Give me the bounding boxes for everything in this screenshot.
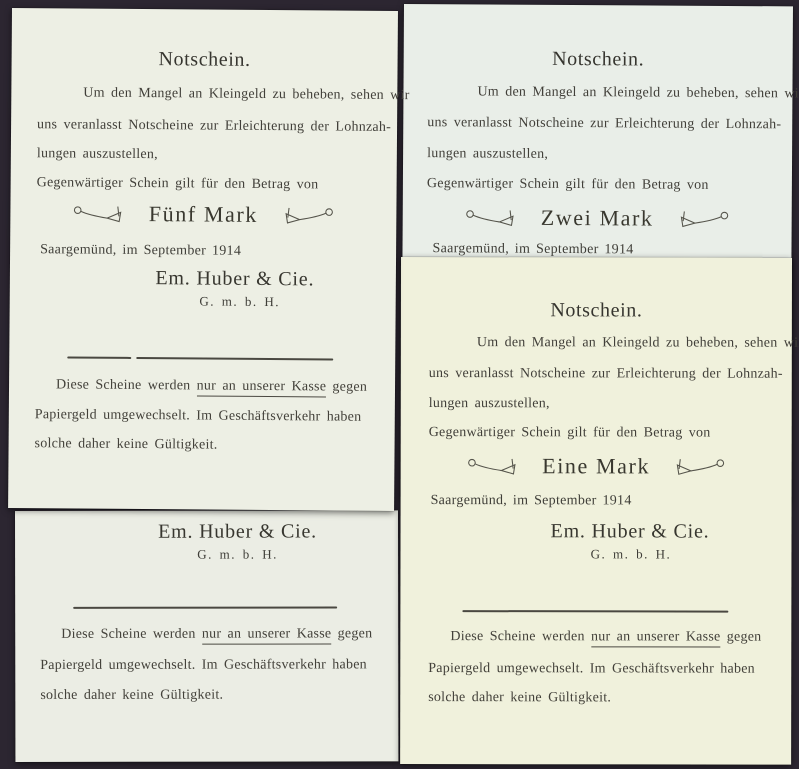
denomination: Eine Mark: [542, 453, 650, 479]
denomination-row: Eine Mark: [401, 453, 792, 480]
redemption-notice-line-1: Diese Scheine werden nur an unserer Kass…: [61, 626, 372, 643]
note-title: Notschein.: [401, 299, 792, 323]
denomination-row: Zwei Mark: [403, 204, 792, 232]
body-line-2: uns veranlasst Notscheine zur Erleichter…: [37, 117, 391, 136]
place-date: Saargemünd, im September 1914: [431, 493, 632, 509]
body-line-1: Um den Mangel an Kleingeld zu beheben, s…: [83, 86, 409, 105]
note-fuenf-mark: Notschein. Um den Mangel an Kleingeld zu…: [8, 8, 398, 511]
body-line-3: lungen auszustellen,: [427, 146, 548, 163]
body-line-4: Gegenwärtiger Schein gilt für den Betrag…: [427, 176, 709, 194]
body-line-2: uns veranlasst Notscheine zur Erleichter…: [427, 115, 781, 133]
flourish-left-icon: [465, 207, 521, 227]
denomination: Zwei Mark: [541, 205, 654, 232]
note-eine-mark: Notschein. Um den Mangel an Kleingeld zu…: [400, 257, 792, 765]
redemption-notice-line-3: solche daher keine Gültigkeit.: [40, 688, 223, 704]
redemption-notice-line-1: Diese Scheine werden nur an unserer Kass…: [56, 377, 367, 395]
note-title: Notschein.: [404, 47, 793, 72]
notice-suffix: gegen: [331, 626, 372, 641]
notice-suffix: gegen: [720, 630, 761, 645]
note-title: Notschein.: [12, 47, 398, 73]
redemption-notice-line-1: Diese Scheine werden nur an unserer Kass…: [450, 629, 761, 646]
company-name: Em. Huber & Cie.: [435, 520, 799, 544]
body-line-3: lungen auszustellen,: [37, 146, 158, 163]
redemption-notice-line-3: solche daher keine Gültigkeit.: [35, 436, 218, 453]
notgeld-photo: Notschein. Um den Mangel an Kleingeld zu…: [0, 0, 799, 769]
signature-line-long: [136, 357, 333, 361]
notice-prefix: Diese Scheine werden: [56, 377, 197, 393]
company-name: Em. Huber & Cie.: [42, 266, 428, 292]
flourish-right-icon: [674, 209, 730, 229]
notice-prefix: Diese Scheine werden: [61, 627, 202, 642]
company-name: Em. Huber & Cie.: [46, 520, 429, 544]
flourish-left-icon: [73, 203, 129, 223]
body-line-4: Gegenwärtiger Schein gilt für den Betrag…: [37, 175, 319, 193]
notice-underlined: nur an unserer Kasse: [202, 626, 332, 644]
body-line-1: Um den Mangel an Kleingeld zu beheben, s…: [477, 84, 799, 102]
flourish-left-icon: [466, 456, 522, 476]
signature-line-short: [67, 356, 131, 359]
company-legal-form: G. m. b. H.: [47, 292, 433, 311]
flourish-right-icon: [670, 456, 726, 476]
redemption-notice-line-2: Papiergeld umgewechselt. Im Geschäftsver…: [35, 407, 362, 426]
company-legal-form: G. m. b. H.: [46, 546, 429, 563]
redemption-notice-line-2: Papiergeld umgewechselt. Im Geschäftsver…: [40, 657, 367, 674]
place-date: Saargemünd, im September 1914: [40, 242, 241, 260]
company-legal-form: G. m. b. H.: [435, 546, 799, 563]
notice-underlined: nur an unserer Kasse: [197, 378, 327, 397]
flourish-right-icon: [278, 205, 334, 225]
signature-line: [73, 606, 337, 608]
notice-suffix: gegen: [326, 379, 367, 394]
notice-prefix: Diese Scheine werden: [450, 629, 591, 644]
denomination: Fünf Mark: [149, 201, 258, 228]
place-date: Saargemünd, im September 1914: [432, 241, 633, 258]
signature-line: [462, 610, 728, 612]
body-line-2: uns veranlasst Notscheine zur Erleichter…: [429, 366, 783, 383]
redemption-notice-line-3: solche daher keine Gültigkeit.: [428, 690, 611, 706]
notice-underlined: nur an unserer Kasse: [591, 629, 721, 647]
body-line-4: Gegenwärtiger Schein gilt für den Betrag…: [429, 425, 711, 441]
redemption-notice-line-2: Papiergeld umgewechselt. Im Geschäftsver…: [428, 661, 755, 678]
body-line-3: lungen auszustellen,: [429, 396, 550, 412]
body-line-1: Um den Mangel an Kleingeld zu beheben, s…: [477, 335, 799, 352]
denomination-row: Fünf Mark: [10, 200, 396, 229]
note-bottom-fragment: Em. Huber & Cie. G. m. b. H. Diese Schei…: [15, 510, 398, 762]
